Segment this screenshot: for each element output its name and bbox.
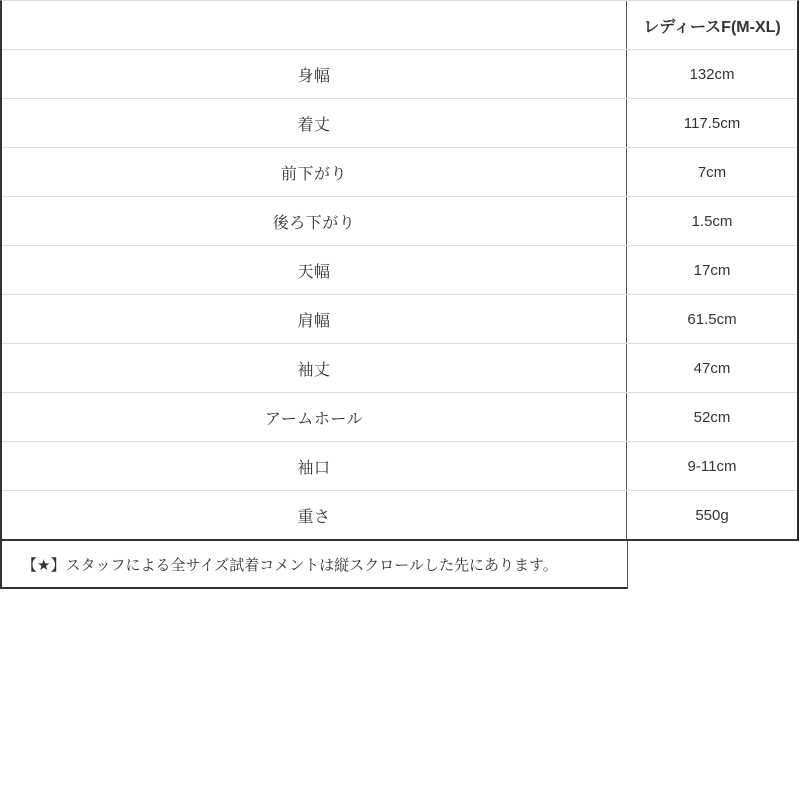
table-row: 後ろ下がり 1.5cm [2, 197, 797, 246]
row-label: 袖丈 [2, 344, 627, 392]
row-label: 前下がり [2, 148, 627, 196]
row-label: 身幅 [2, 50, 627, 98]
row-label: 後ろ下がり [2, 197, 627, 245]
row-value: 117.5cm [627, 99, 797, 147]
size-spec-table: レディースF(M-XL) 身幅 132cm 着丈 117.5cm 前下がり 7c… [0, 0, 799, 541]
table-row: 袖口 9-11cm [2, 442, 797, 491]
header-empty-cell [2, 1, 627, 49]
row-value: 1.5cm [627, 197, 797, 245]
row-value: 550g [627, 491, 797, 539]
table-row: アームホール 52cm [2, 393, 797, 442]
row-label: 重さ [2, 491, 627, 539]
row-label: 着丈 [2, 99, 627, 147]
row-label: 天幅 [2, 246, 627, 294]
table-row: 重さ 550g [2, 491, 797, 539]
table-row: 袖丈 47cm [2, 344, 797, 393]
table-row: 身幅 132cm [2, 50, 797, 99]
row-label: 肩幅 [2, 295, 627, 343]
row-label: 袖口 [2, 442, 627, 490]
row-value: 9-11cm [627, 442, 797, 490]
row-value: 61.5cm [627, 295, 797, 343]
header-size-label: レディースF(M-XL) [627, 1, 797, 49]
row-value: 7cm [627, 148, 797, 196]
page: レディースF(M-XL) 身幅 132cm 着丈 117.5cm 前下がり 7c… [0, 0, 800, 800]
row-label: アームホール [2, 393, 627, 441]
table-header-row: レディースF(M-XL) [2, 1, 797, 50]
table-row: 天幅 17cm [2, 246, 797, 295]
table-row: 着丈 117.5cm [2, 99, 797, 148]
row-value: 17cm [627, 246, 797, 294]
row-value: 47cm [627, 344, 797, 392]
row-value: 52cm [627, 393, 797, 441]
table-row: 肩幅 61.5cm [2, 295, 797, 344]
footnote-text: 【★】スタッフによる全サイズ試着コメントは縦スクロールした先にあります。 [22, 554, 558, 575]
row-value: 132cm [627, 50, 797, 98]
footnote-box: 【★】スタッフによる全サイズ試着コメントは縦スクロールした先にあります。 [0, 541, 628, 589]
table-row: 前下がり 7cm [2, 148, 797, 197]
